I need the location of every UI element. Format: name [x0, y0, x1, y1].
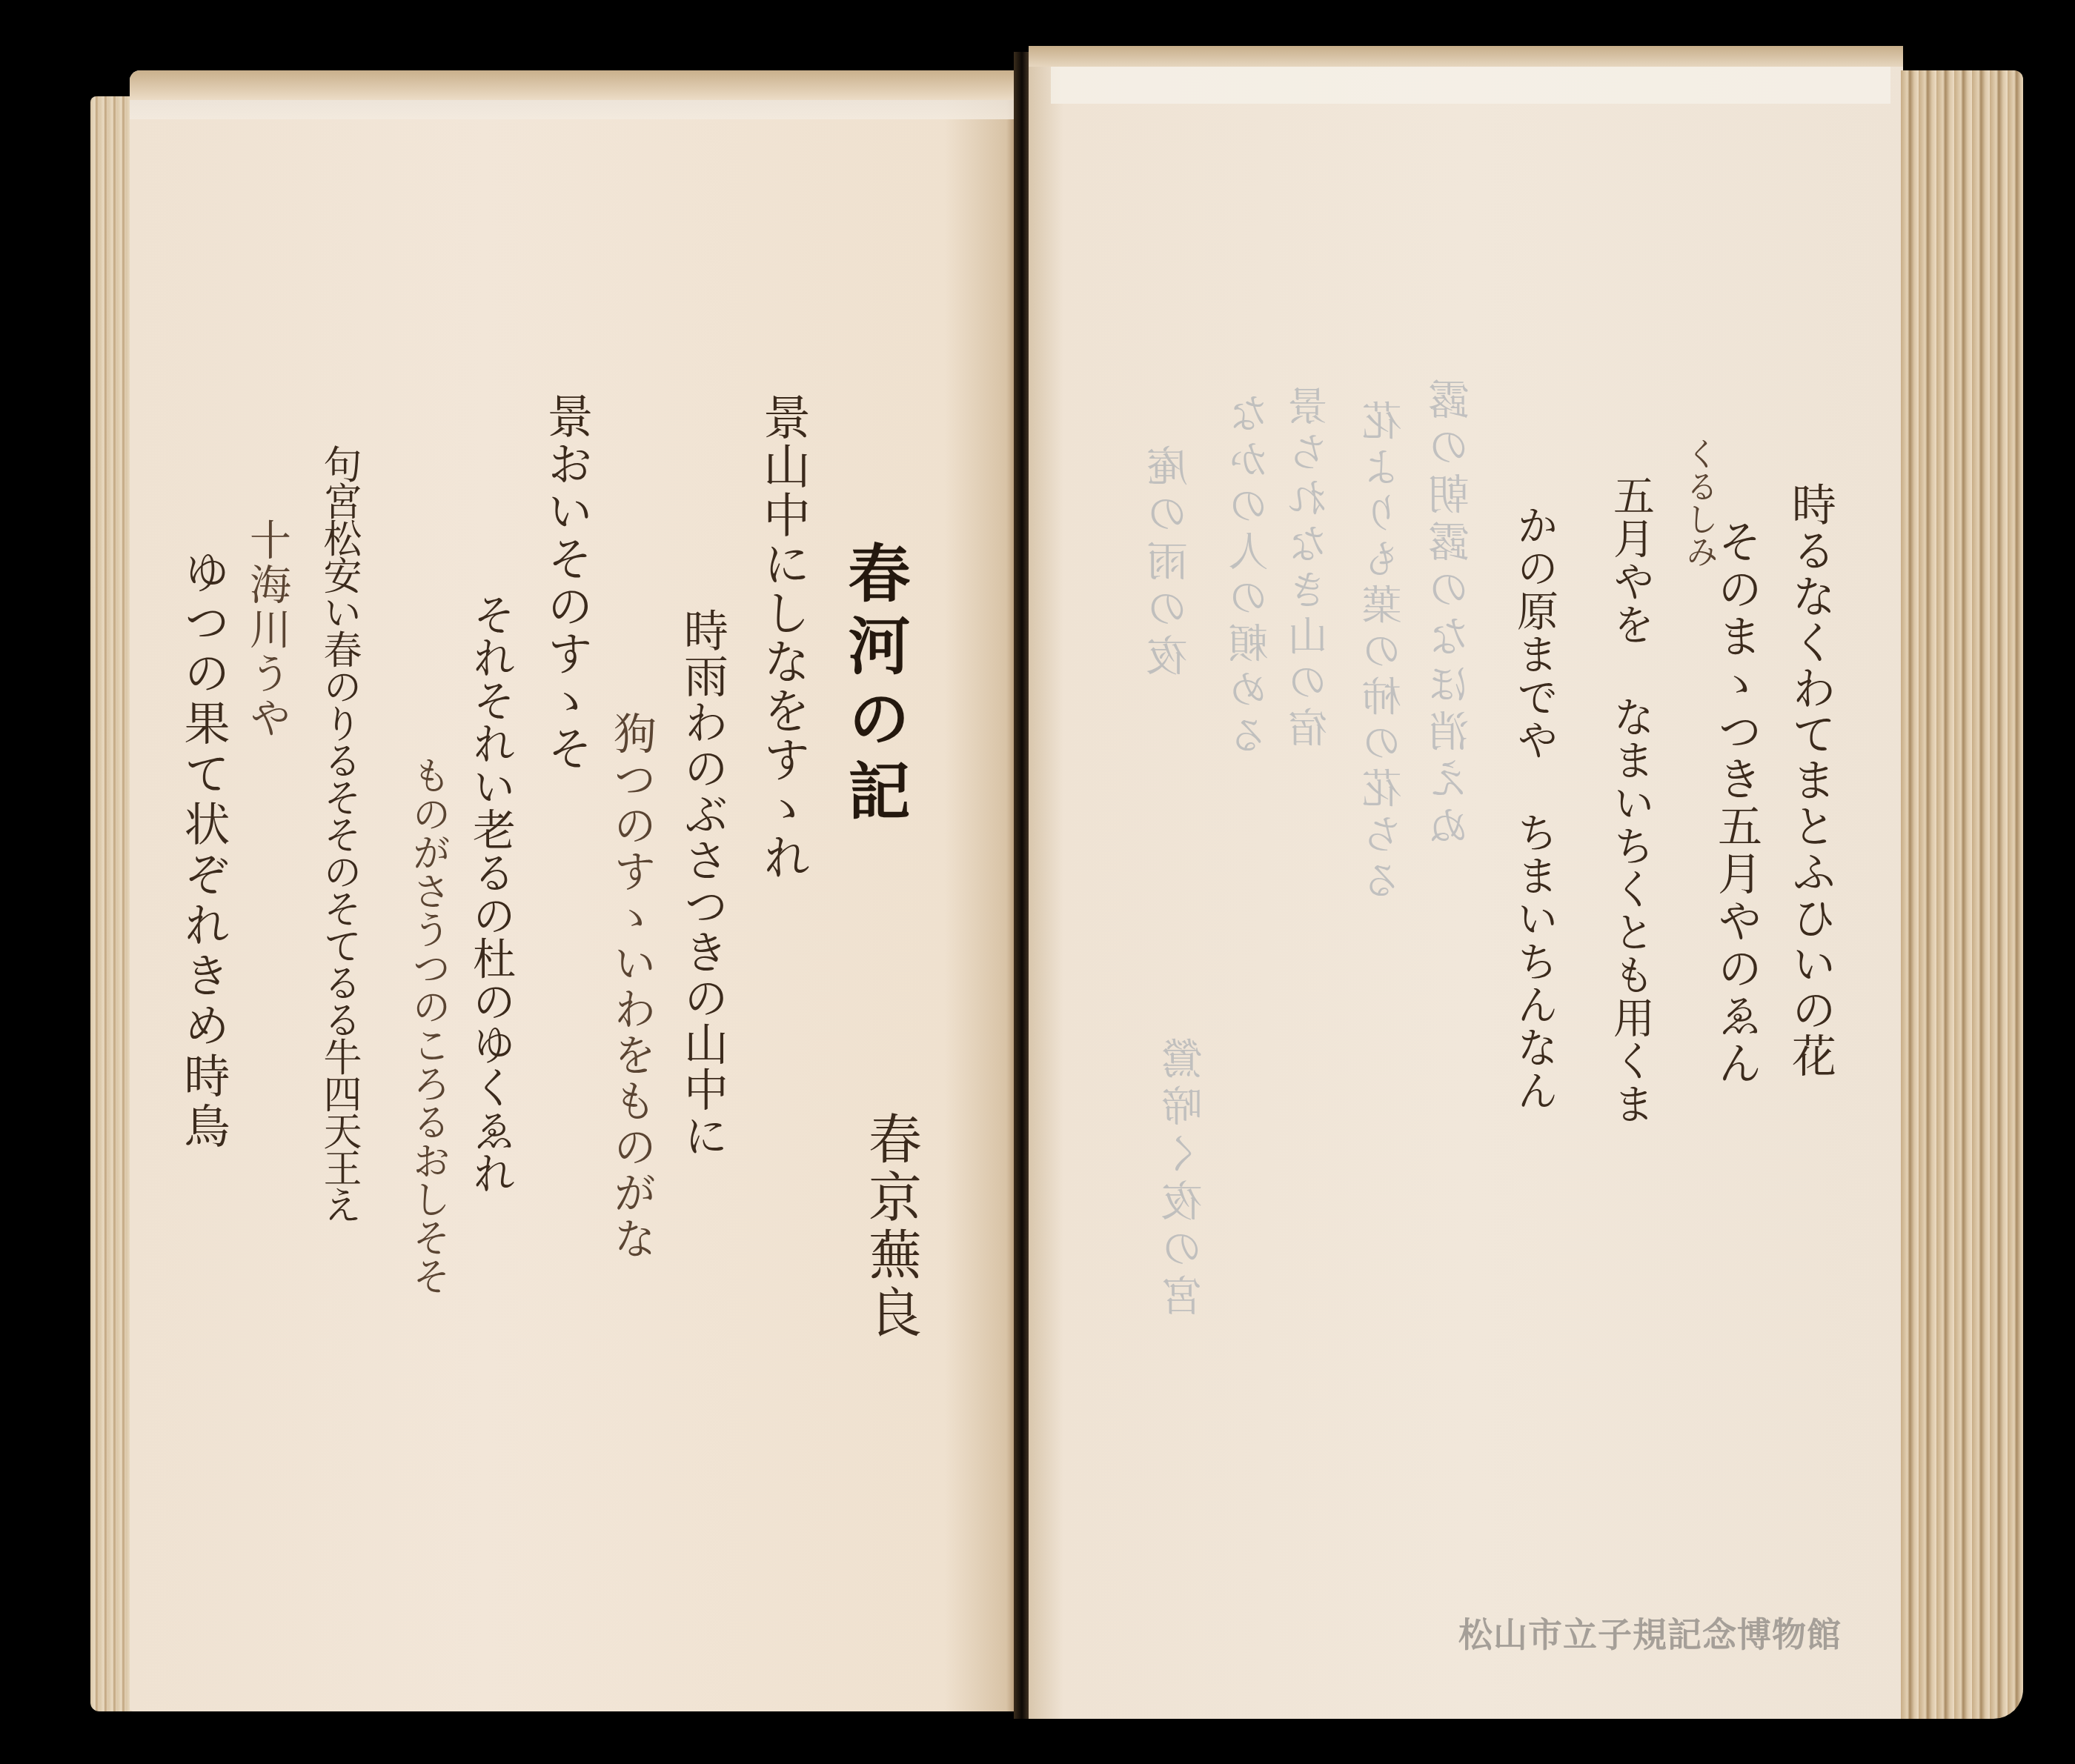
bleed-through-column-6: 庵の雨の夜 [1141, 445, 1201, 682]
text-column-3: 狗つのすゝいわをものがな [600, 711, 663, 1262]
right-page-top-edge [1029, 46, 1903, 67]
text-column-5: それそれい老るの杜のゆくゑれ [459, 593, 522, 1194]
right-page-top-band [1051, 67, 1890, 104]
poem-author: 春京蕪良 [852, 1111, 929, 1342]
text-column-8: 十海川うや [237, 519, 296, 741]
bleed-through-column-5: 鶯啼く夜の宮 [1156, 1037, 1215, 1322]
right-text-column-1: 時るなくわてまとふひいの花 [1779, 482, 1842, 1079]
text-column-2: 時雨わのぶさつきの山中に [671, 608, 734, 1159]
right-page [1029, 46, 1903, 1719]
text-column-6: ものがさうつのころるおしそそ [400, 756, 456, 1295]
right-text-column-2: そのまゝつき五月やのゑん [1704, 519, 1768, 1088]
bleed-through-column-4: なかの人の頼める [1223, 393, 1280, 760]
text-column-1: 景山中にしなをすゝれ [748, 393, 817, 882]
right-text-column-3: くるしみ [1675, 437, 1722, 568]
left-page [130, 70, 1015, 1711]
text-column-9: ゆつの果て状ぞれきめ時鳥 [170, 548, 236, 1153]
text-column-7: 句宮松安い春のりるそそのそてるる牛四天王え [311, 445, 367, 1222]
bleed-through-column-1: 露の朝露のなほ消えぬ [1423, 378, 1482, 852]
right-page-edges [1901, 70, 2023, 1719]
bleed-through-column-2: 花よりも葉の柿の花ちる [1356, 400, 1413, 905]
right-text-column-4: 五月やを なまいちくとも用くま [1601, 474, 1660, 1125]
left-page-top-edge [130, 70, 1015, 100]
text-column-4: 景おいそのすゝそ [534, 393, 600, 772]
right-text-column-5: かの原までや ちまいちんなん [1504, 504, 1564, 1112]
museum-watermark: 松山市立子規記念博物館 [1458, 1608, 1842, 1657]
poem-title: 春河の記 [830, 541, 920, 831]
bleed-through-column-3: 景ちれなき山の宿 [1282, 385, 1339, 753]
book-spine-gutter [1014, 52, 1030, 1719]
left-page-top-band [130, 100, 1015, 119]
